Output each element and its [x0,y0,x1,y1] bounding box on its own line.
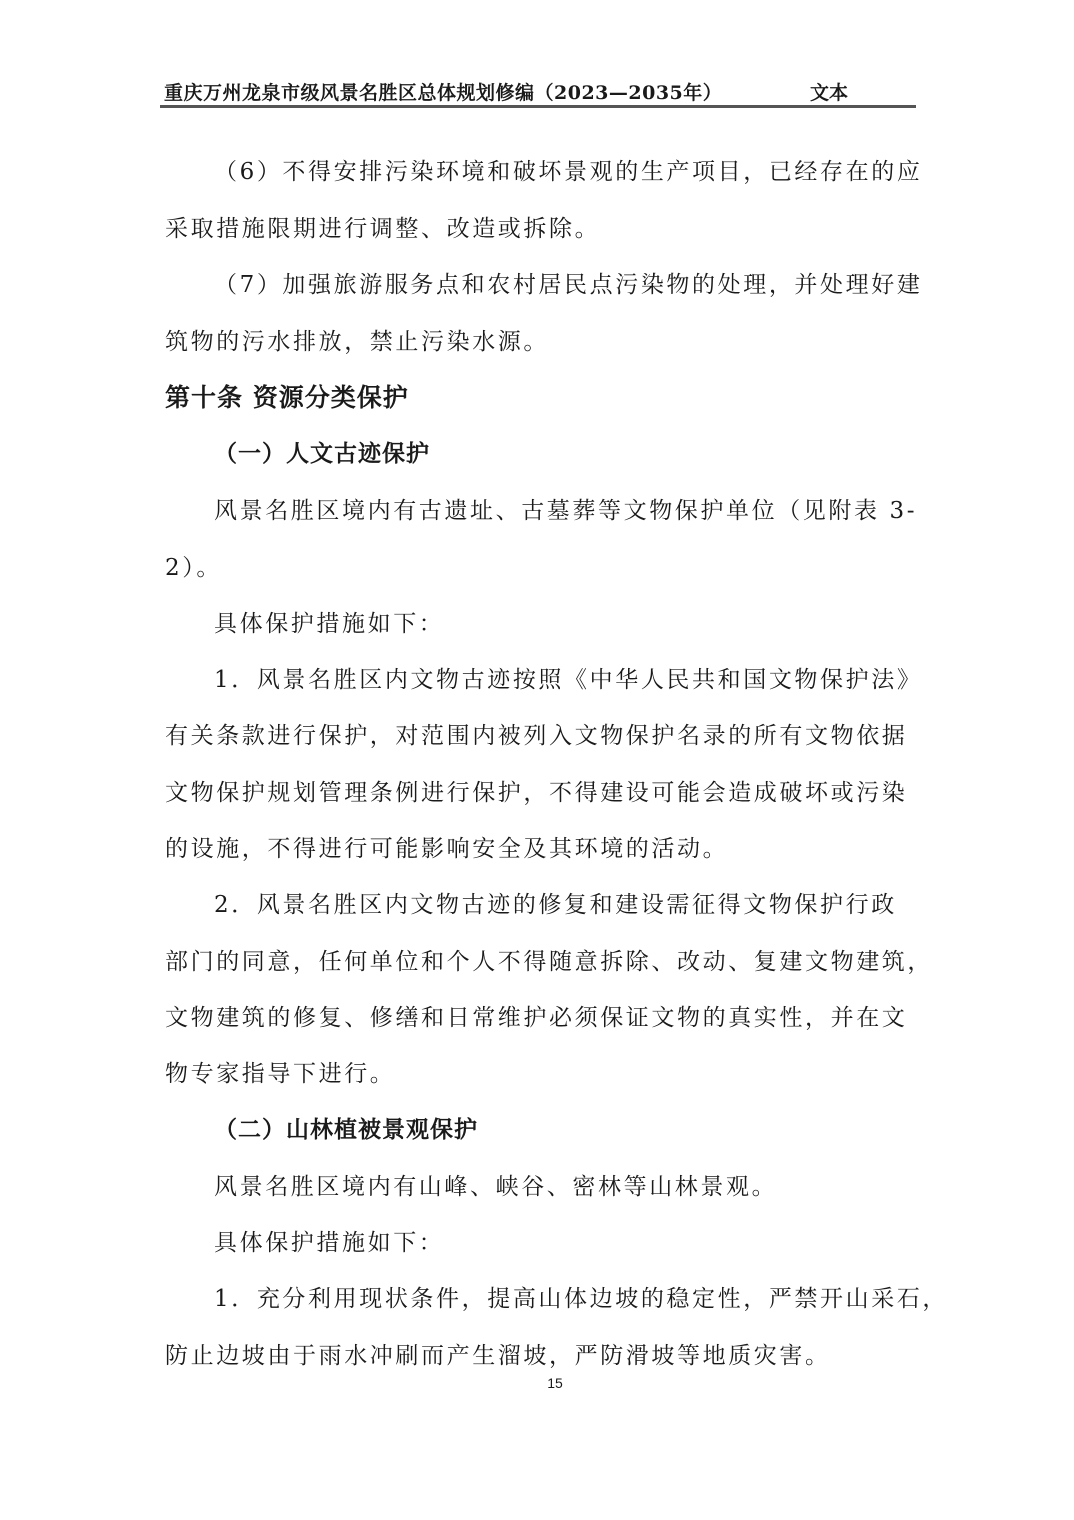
paragraph-line: 风景名胜区境内有古遗址、古墓葬等文物保护单位（见附表 3- [214,492,917,525]
paragraph-line: 部门的同意，任何单位和个人不得随意拆除、改动、复建文物建筑， [165,943,933,976]
paragraph-line: 文物建筑的修复、修缮和日常维护必须保证文物的真实性，并在文 [165,999,907,1032]
paragraph-line: 防止边坡由于雨水冲刷而产生溜坡，严防滑坡等地质灾害。 [165,1337,831,1370]
subsection-heading: （二）山林植被景观保护 [214,1111,478,1144]
section-heading: 第十条 资源分类保护 [165,378,409,414]
paragraph-line: 筑物的污水排放，禁止污染水源。 [165,323,549,356]
document-title: 重庆万州龙泉市级风景名胜区总体规划修编（2023—2035年） [164,78,722,105]
paragraph-line: 2．风景名胜区内文物古迹的修复和建设需征得文物保护行政 [214,886,897,919]
paragraph-line: 具体保护措施如下： [214,1224,444,1257]
paragraph-line: 1．充分利用现状条件，提高山体边坡的稳定性，严禁开山采石， [214,1280,948,1313]
paragraph-line: 采取措施限期进行调整、改造或拆除。 [165,210,600,243]
document-type-label: 文本 [810,78,848,105]
paragraph-line: 文物保护规划管理条例进行保护，不得建设可能会造成破坏或污染 [165,774,907,807]
page-header: 重庆万州龙泉市级风景名胜区总体规划修编（2023—2035年） 文本 [162,78,916,104]
header-divider [160,105,916,108]
paragraph-line: 风景名胜区境内有山峰、峡谷、密林等山林景观。 [214,1168,777,1201]
paragraph-line: 2）。 [165,549,222,582]
paragraph-line: 1．风景名胜区内文物古迹按照《中华人民共和国文物保护法》 [214,661,922,694]
paragraph-line: （6）不得安排污染环境和破坏景观的生产项目，已经存在的应 [214,153,922,186]
paragraph-line: 有关条款进行保护，对范围内被列入文物保护名录的所有文物依据 [165,717,907,750]
page-number: 15 [0,1375,1074,1391]
paragraph-line: 的设施，不得进行可能影响安全及其环境的活动。 [165,830,728,863]
paragraph-line: 物专家指导下进行。 [165,1055,395,1088]
paragraph-line: 具体保护措施如下： [214,605,444,638]
subsection-heading: （一）人文古迹保护 [214,435,430,468]
paragraph-line: （7）加强旅游服务点和农村居民点污染物的处理，并处理好建 [214,266,922,299]
